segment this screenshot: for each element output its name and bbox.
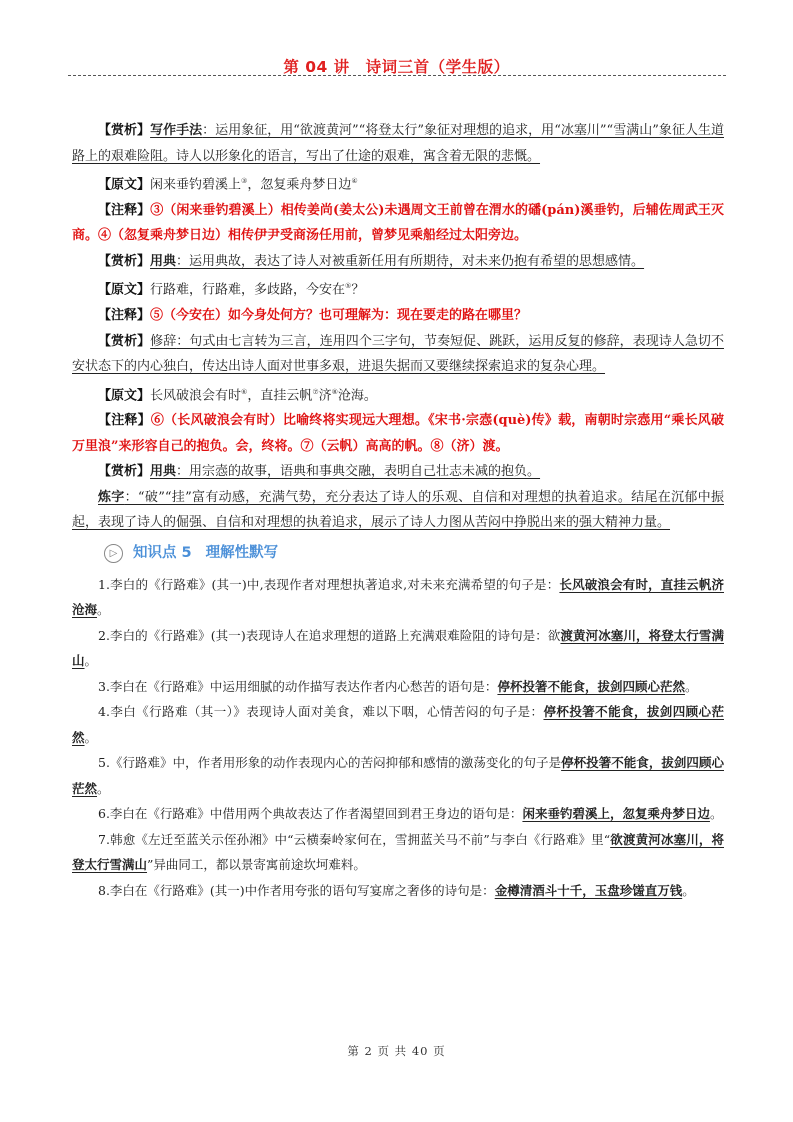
section-number: 知识点 5	[133, 545, 192, 561]
header-divider	[68, 75, 726, 76]
question-text: 3.李白在《行路难》中运用细腻的动作描写表达作者内心愁苦的语句是：	[98, 679, 497, 694]
question-text: 7.韩愈《左迁至蓝关示侄孙湘》中“云横秦岭家何在，雪拥蓝关马不前”与李白《行路难…	[98, 832, 610, 847]
appreciation-label: 【赏析】	[98, 254, 150, 269]
footnote-ref: ④	[351, 177, 357, 185]
word-refinement-text: ：“破”“挂”富有动感，充满气势，充分表达了诗人的乐观、自信和对理想的执着追求。…	[72, 490, 724, 531]
word-refinement-paragraph: 炼字：“破”“挂”富有动感，充满气势，充分表达了诗人的乐观、自信和对理想的执着追…	[72, 485, 724, 536]
question-text: 8.李白在《行路难》(其一)中作者用夸张的语句写宴席之奢侈的诗句是：	[98, 883, 495, 898]
page-header-title: 第 04 讲 诗词三首（学生版）	[0, 55, 793, 77]
annotation-paragraph: 【注释】⑥（长风破浪会有时）比喻终将实现远大理想。《宋书·宗悫(què)传》载，…	[72, 408, 724, 459]
annotation-label: 【注释】	[98, 413, 151, 428]
question-item: 8.李白在《行路难》(其一)中作者用夸张的语句写宴席之奢侈的诗句是：金樽清酒斗十…	[72, 878, 724, 904]
question-item: 1.李白的《行路难》(其一)中,表现作者对理想执著追求,对未来充满希望的句子是：…	[72, 572, 724, 623]
question-end: 。	[710, 806, 723, 821]
appreciation-label: 【赏析】	[98, 123, 150, 138]
original-text: 长风破浪会有时	[150, 388, 241, 403]
question-text: 6.李白在《行路难》中借用两个典故表达了作者渴望回到君王身边的语句是：	[98, 806, 522, 821]
question-item: 5.《行路难》中，作者用形象的动作表现内心的苦闷抑郁和感情的激荡变化的句子是停杯…	[72, 750, 724, 801]
appreciation-paragraph: 【赏析】用典：运用典故，表达了诗人对被重新任用有所期待，对未来仍抱有希望的思想感…	[72, 249, 724, 275]
original-text: 闲来垂钓碧溪上	[150, 177, 241, 192]
appreciation-key: 用典	[150, 464, 176, 479]
original-text-paragraph: 【原文】闲来垂钓碧溪上③，忽复乘舟梦日边④	[72, 169, 724, 198]
original-text: 济	[319, 388, 332, 403]
appreciation-paragraph: 【赏析】写作手法：运用象征，用“欲渡黄河”“将登太行”象征对理想的追求，用“冰塞…	[72, 118, 724, 169]
question-item: 3.李白在《行路难》中运用细腻的动作描写表达作者内心愁苦的语句是：停杯投箸不能食…	[72, 674, 724, 700]
question-item: 2.李白的《行路难》(其一)表现诗人在追求理想的道路上充满艰难险阻的诗句是：欲渡…	[72, 623, 724, 674]
original-text: 行路难，行路难，多歧路，今安在	[150, 283, 345, 298]
original-text: ？	[351, 283, 364, 298]
question-text: 2.李白的《行路难》(其一)表现诗人在追求理想的道路上充满艰难险阻的诗句是：欲	[98, 628, 560, 643]
question-text: 5.《行路难》中，作者用形象的动作表现内心的苦闷抑郁和感情的激荡变化的句子是	[98, 755, 561, 770]
original-text: ，忽复乘舟梦日边	[247, 177, 351, 192]
appreciation-paragraph: 【赏析】用典：用宗悫的故事，语典和事典交融，表明自己壮志未减的抱负。	[72, 459, 724, 485]
question-item: 6.李白在《行路难》中借用两个典故表达了作者渴望回到君王身边的语句是：闲来垂钓碧…	[72, 801, 724, 827]
question-text: 4.李白《行路难（其一）》表现诗人面对美食，难以下咽，心情苦闷的句子是：	[98, 704, 543, 719]
answer-text: 停杯投箸不能食，拔剑四顾心茫然	[497, 679, 685, 694]
appreciation-key: 用典	[150, 254, 176, 269]
annotation-label: 【注释】	[98, 308, 150, 323]
question-end: 。	[682, 883, 695, 898]
annotation-text: ⑥（长风破浪会有时）比喻终将实现远大理想。《宋书·宗悫(què)传》载，南朝时宗…	[72, 413, 724, 454]
appreciation-key: 写作手法	[150, 123, 202, 138]
original-text-paragraph: 【原文】行路难，行路难，多歧路，今安在⑤？	[72, 274, 724, 303]
original-label: 【原文】	[98, 283, 150, 298]
question-end: 。	[685, 679, 698, 694]
original-label: 【原文】	[98, 388, 150, 403]
question-end: ”异曲同工，都以景寄寓前途坎坷难料。	[147, 857, 366, 872]
appreciation-key: 修辞	[150, 334, 176, 349]
page-number-footer: 第 2 页 共 40 页	[0, 1043, 793, 1059]
document-body: 【赏析】写作手法：运用象征，用“欲渡黄河”“将登太行”象征对理想的追求，用“冰塞…	[72, 118, 724, 903]
question-end: 。	[85, 730, 98, 745]
question-end: 。	[97, 781, 110, 796]
answer-text: 闲来垂钓碧溪上，忽复乘舟梦日边	[522, 806, 710, 821]
appreciation-paragraph: 【赏析】修辞：句式由七言转为三言，连用四个三字句，节奏短促、跳跃，运用反复的修辞…	[72, 329, 724, 380]
question-end: 。	[97, 602, 110, 617]
original-label: 【原文】	[98, 177, 150, 192]
original-text-paragraph: 【原文】长风破浪会有时⑥，直挂云帆⑦济⑧沧海。	[72, 380, 724, 409]
annotation-paragraph: 【注释】③（闲来垂钓碧溪上）相传姜尚(姜太公)未遇周文王前曾在渭水的磻(pán)…	[72, 198, 724, 249]
original-text: ，直挂云帆	[247, 388, 312, 403]
annotation-text: ⑤（今安在）如今身处何方？也可理解为：现在要走的路在哪里？	[150, 308, 527, 323]
section-heading: ▷ 知识点 5理解性默写	[104, 540, 724, 568]
annotation-paragraph: 【注释】⑤（今安在）如今身处何方？也可理解为：现在要走的路在哪里？	[72, 303, 724, 329]
answer-text: 金樽清酒斗十千，玉盘珍馐直万钱	[495, 883, 683, 898]
section-title: 理解性默写	[206, 545, 279, 561]
appreciation-text: ：用宗悫的故事，语典和事典交融，表明自己壮志未减的抱负。	[176, 464, 540, 479]
question-end: 。	[85, 653, 98, 668]
appreciation-text: ：运用典故，表达了诗人对被重新任用有所期待，对未来仍抱有希望的思想感情。	[176, 254, 644, 269]
annotation-label: 【注释】	[98, 203, 150, 218]
appreciation-label: 【赏析】	[98, 464, 150, 479]
original-text: 沧海。	[338, 388, 377, 403]
arrow-circle-icon: ▷	[104, 544, 123, 563]
appreciation-label: 【赏析】	[98, 334, 150, 349]
question-text: 1.李白的《行路难》(其一)中,表现作者对理想执著追求,对未来充满希望的句子是：	[98, 577, 559, 592]
word-refinement-key: 炼字	[98, 490, 125, 505]
annotation-text: ③（闲来垂钓碧溪上）相传姜尚(姜太公)未遇周文王前曾在渭水的磻(pán)溪垂钓，…	[72, 203, 724, 244]
question-item: 4.李白《行路难（其一）》表现诗人面对美食，难以下咽，心情苦闷的句子是：停杯投箸…	[72, 699, 724, 750]
question-item: 7.韩愈《左迁至蓝关示侄孙湘》中“云横秦岭家何在，雪拥蓝关马不前”与李白《行路难…	[72, 827, 724, 878]
